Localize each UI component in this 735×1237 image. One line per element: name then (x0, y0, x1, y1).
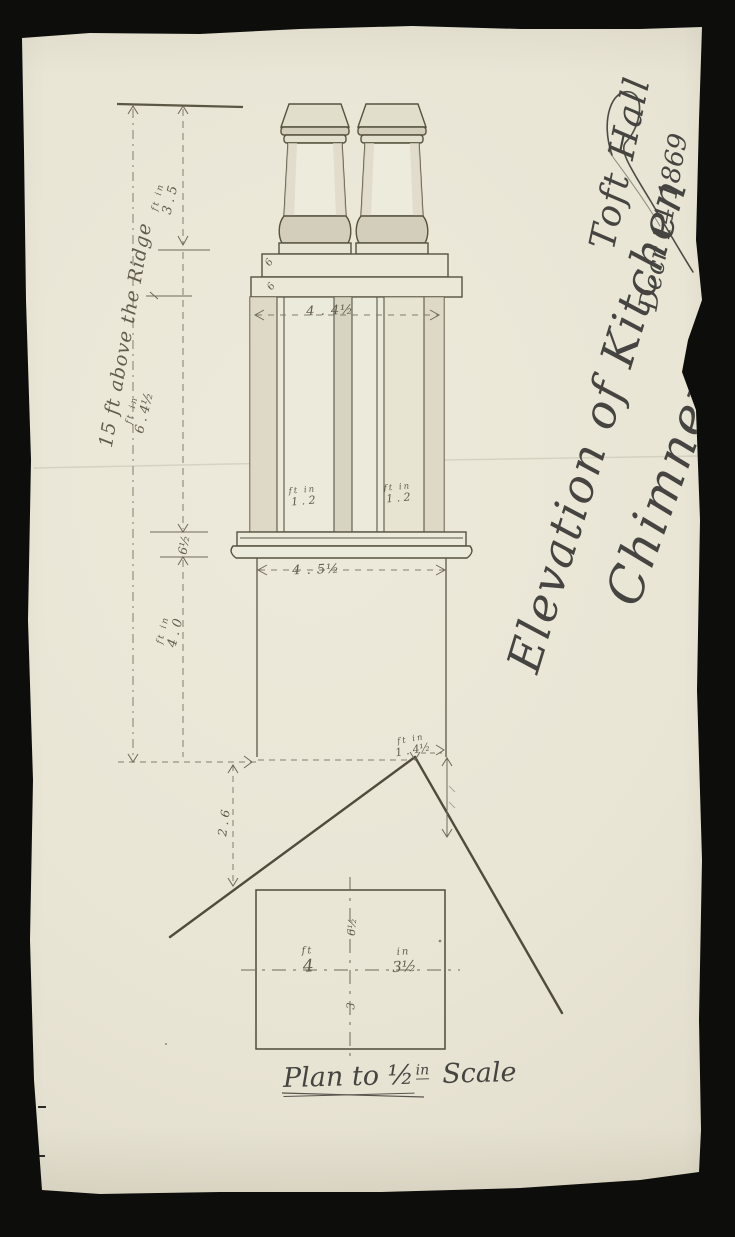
lower-shaft (257, 558, 446, 757)
paper-sheet: 15 ft above the Ridge ft in 3 . 5 ft in … (0, 0, 735, 1237)
cap-courses (251, 254, 462, 297)
apex-dimension-label: ft in 1 . 4½ (393, 733, 431, 760)
cornice-height-label: 6½ (176, 534, 191, 555)
plan-in-value: 3½ (392, 958, 417, 975)
ridge-height-dimension (117, 104, 258, 768)
plan-caption: Plan to ½inScale (283, 1059, 517, 1092)
upper-shaft (250, 297, 444, 532)
right-roof-slope-line (415, 757, 562, 1013)
flue-left-label: ft in 1 . 2 (288, 485, 317, 508)
chimney-pots (279, 104, 428, 254)
roof-drop-label: 2 . 6 (216, 809, 232, 837)
left-roof-slope-line (170, 757, 415, 937)
plan-depth-lower-label: 3 (345, 1002, 357, 1010)
cap-course-lower-label: 6 (266, 282, 278, 293)
plan-caption-end: Scale (442, 1057, 517, 1090)
pot-height-dimension-label: ft in 3 . 5 (151, 182, 181, 216)
plan-ft-value: 4 (302, 957, 314, 976)
flue-right-value: 1 . 2 (386, 492, 411, 506)
apex-dimension (258, 745, 455, 837)
plan-square (241, 877, 460, 1062)
width-below-cornice-label: 4 . 5½ (292, 563, 340, 578)
plan-caption-sup: in (415, 1062, 429, 1079)
lower-shaft-dimension-label: ft in 4 . 0 (156, 615, 186, 649)
upper-shaft-dimension-label: ft in 6 . 4½ (123, 389, 156, 435)
plan-width-ft-label: ft 4 (301, 946, 314, 976)
cornice (231, 532, 472, 558)
scanned-drawing: 15 ft above the Ridge ft in 3 . 5 ft in … (0, 0, 735, 1237)
cap-course-upper-label: 6 (264, 258, 276, 269)
flue-right-label: ft in 1 . 2 (383, 482, 412, 505)
plan-depth-upper-label: 6½ (346, 918, 358, 937)
paper-blemishes (34, 456, 701, 1156)
width-at-cap-label: 4 . 4½ (306, 304, 354, 319)
roof-lines (170, 757, 562, 1013)
plan-caption-start: Plan to ½ (283, 1060, 415, 1097)
flue-left-value: 1 . 2 (291, 495, 316, 509)
plan-width-in-label: in 3½ (391, 947, 416, 975)
width-below-cornice-dimension (258, 565, 445, 575)
